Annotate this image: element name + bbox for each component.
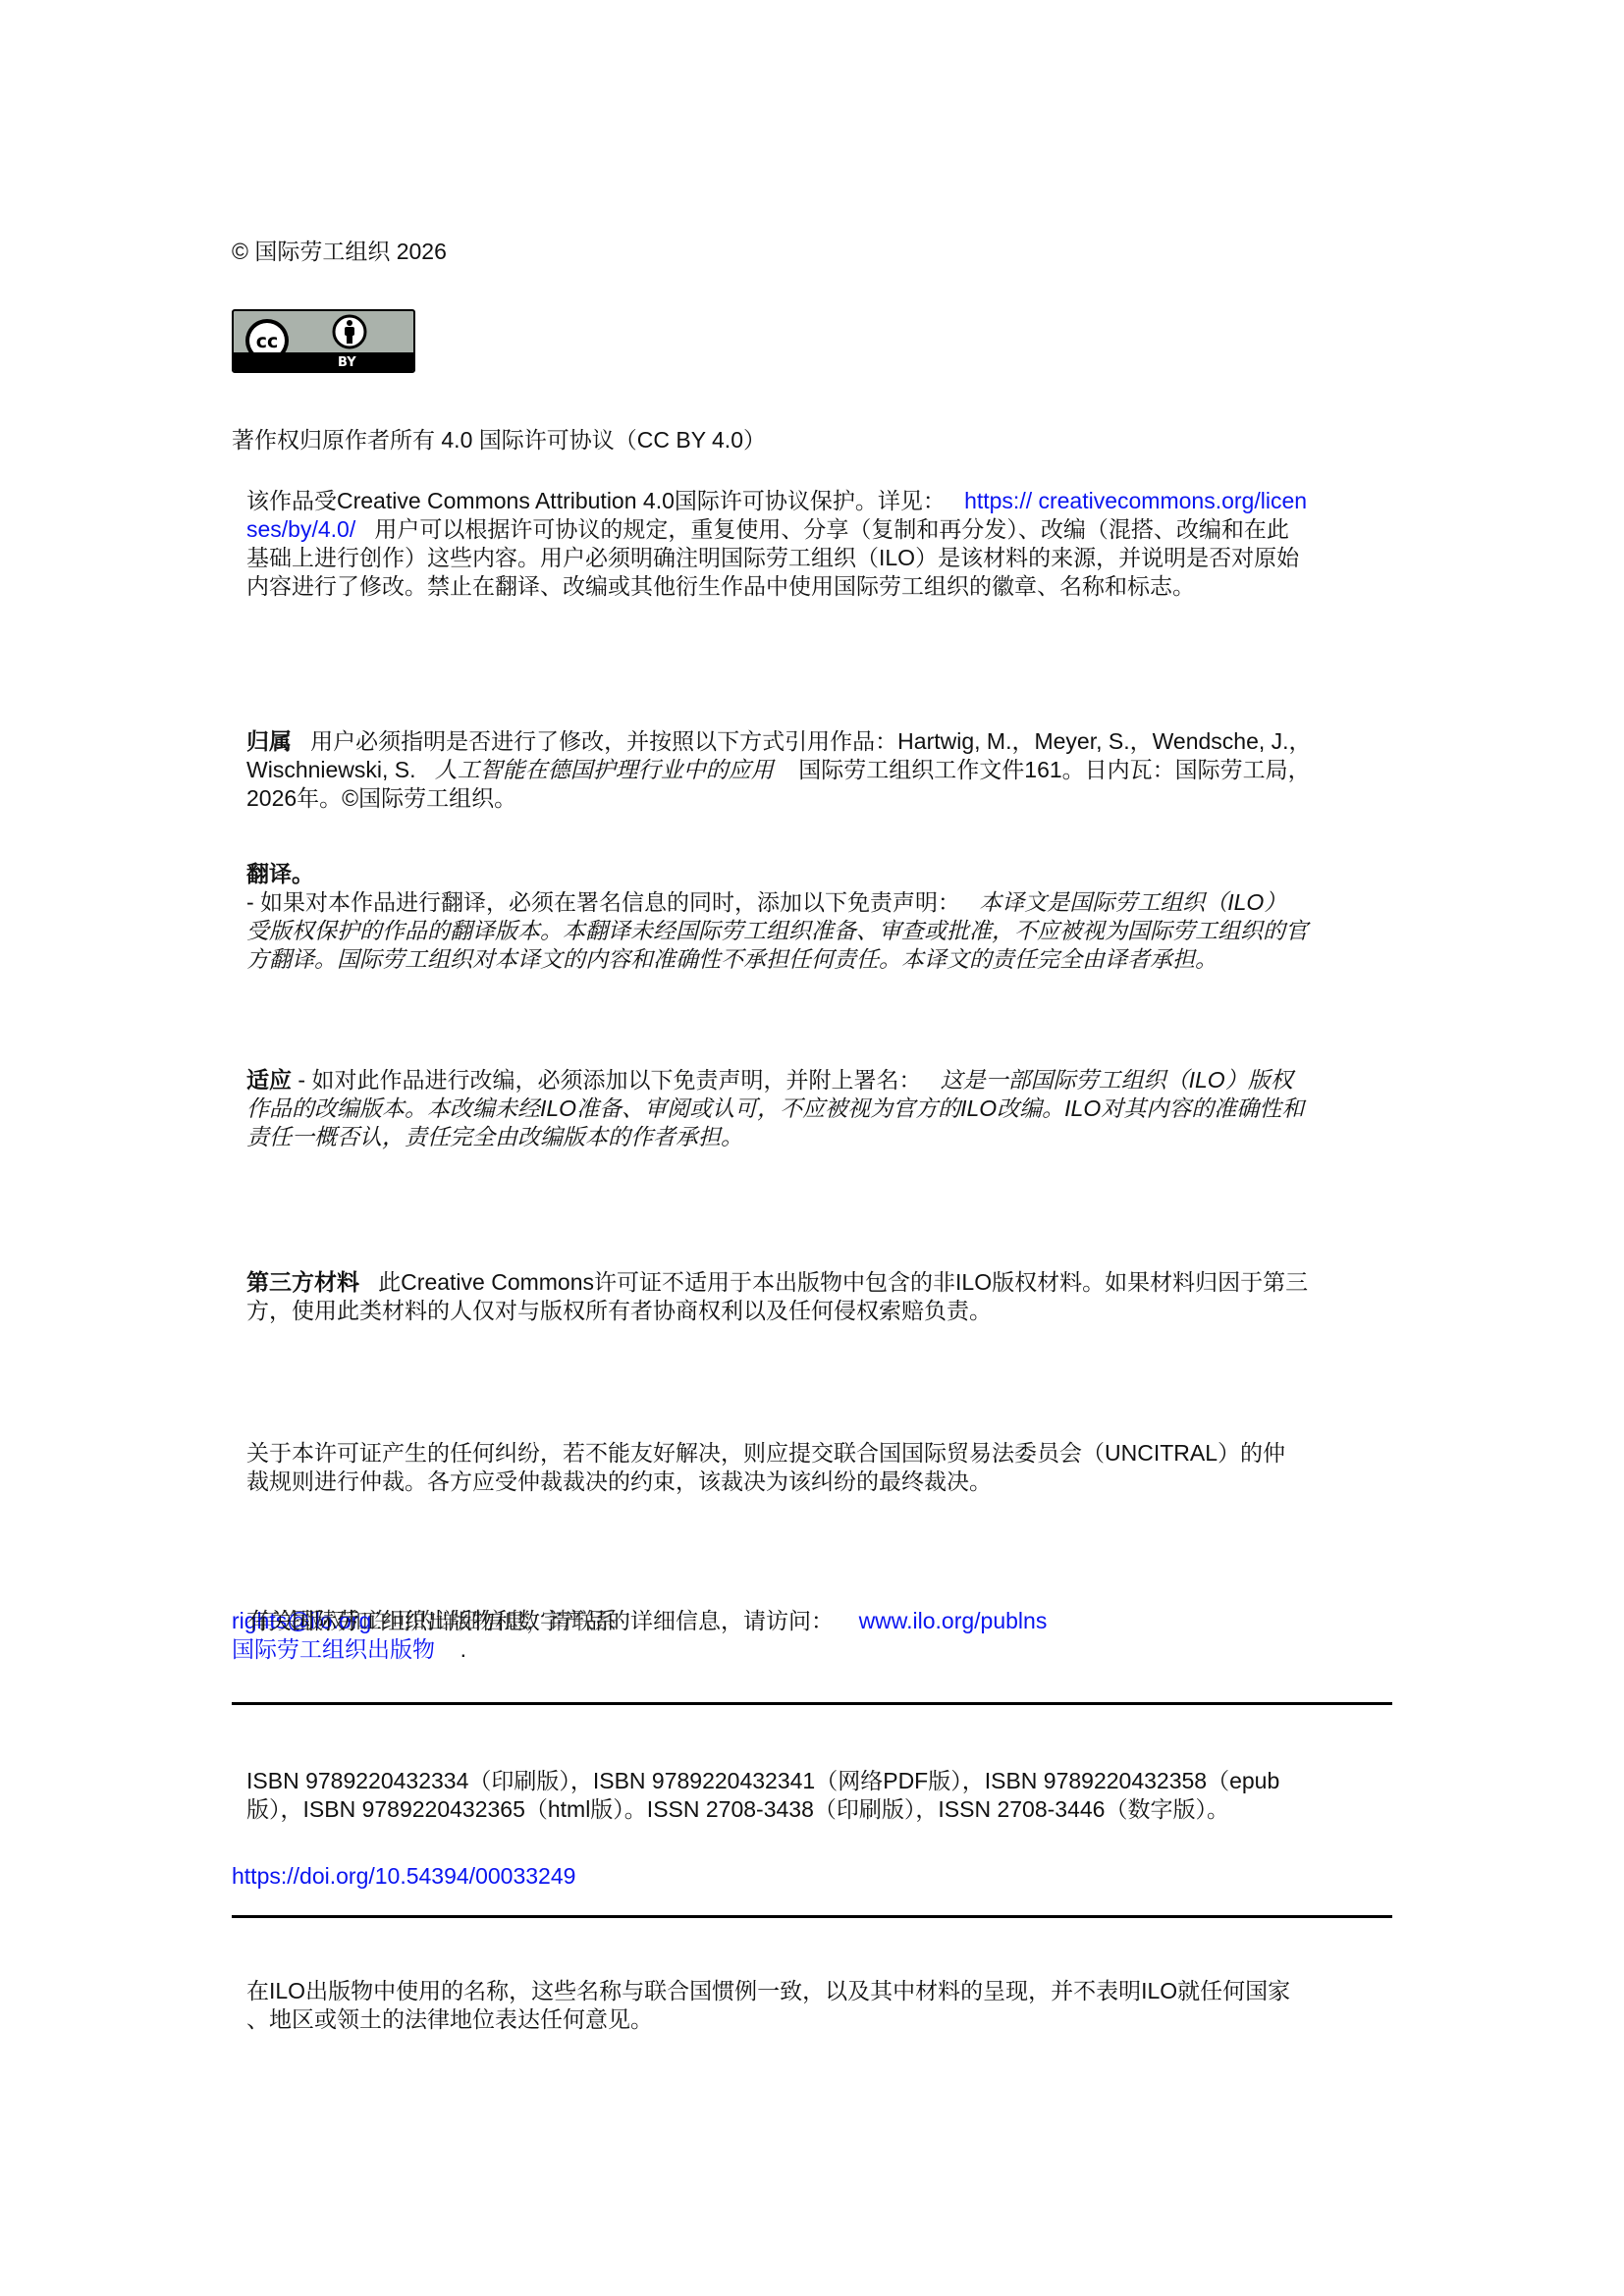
license-link-part2[interactable]: ses/by/4.0/ xyxy=(246,516,355,542)
license-paragraph: 该作品受Creative Commons Attribution 4.0国际许可… xyxy=(246,487,1410,601)
translations-disclaimer: 受版权保护的作品的翻译版本。本翻译未经国际劳工组织准备、审查或批准，不应被视为国… xyxy=(246,917,1410,945)
license-text: 该作品受Creative Commons Attribution 4.0国际许可… xyxy=(246,488,946,513)
third-party-text: 此Creative Commons许可证不适用于本出版物中包含的非ILO版权材料… xyxy=(378,1269,1308,1295)
license-text: 内容进行了修改。禁止在翻译、改编或其他衍生作品中使用国际劳工组织的徽章、名称和标… xyxy=(246,572,1410,601)
license-link-part1[interactable]: https:// creativecommons.org/licen xyxy=(964,488,1307,513)
disputes-section: 关于本许可证产生的任何纠纷，若不能友好解决，则应提交联合国国际贸易法委员会（UN… xyxy=(246,1439,1410,1496)
disclaimer-text: 在ILO出版物中使用的名称，这些名称与联合国惯例一致，以及其中材料的呈现，并不表… xyxy=(246,1977,1410,2005)
translations-disclaimer: 本译文是国际劳工组织（ILO） xyxy=(979,889,1286,915)
publications-line: 有关国际劳工组织出版物和数字产品的详细信息，请访问： www.ilo.org/p… xyxy=(246,1607,1047,1635)
ilo-publications-link[interactable]: 国际劳工组织出版物 xyxy=(232,1636,435,1662)
license-text: 用户可以根据许可协议的规定，重复使用、分享（复制和再分发）、改编（混搭、改编和在… xyxy=(374,516,1289,542)
disputes-text: 裁规则进行仲裁。各方应受仲裁裁决的约束，该裁决为该纠纷的最终裁决。 xyxy=(246,1468,1410,1496)
third-party-heading: 第三方材料 xyxy=(246,1269,359,1295)
disclaimer-text: 、地区或领土的法律地位表达任何意见。 xyxy=(246,2005,1410,2034)
translations-section: 翻译。 - 如果对本作品进行翻译，必须在署名信息的同时，添加以下免责声明： 本译… xyxy=(246,860,1410,974)
publications-line-2: 国际劳工组织出版物 . xyxy=(232,1635,466,1664)
attribution-person-icon xyxy=(330,313,369,352)
adaptations-heading: 适应 xyxy=(246,1067,292,1093)
attribution-text: 用户必须指明是否进行了修改，并按照以下方式引用作品：Hartwig, M.，Me… xyxy=(310,728,1311,754)
adaptations-text: - 如对此作品进行改编，必须添加以下免责声明，并附上署名： xyxy=(298,1067,921,1093)
attribution-section: 归属 用户必须指明是否进行了修改，并按照以下方式引用作品：Hartwig, M.… xyxy=(246,727,1410,813)
divider-line xyxy=(232,1915,1392,1918)
translations-heading: 翻译。 xyxy=(246,860,1410,888)
attribution-text: 国际劳工组织工作文件161。日内瓦：国际劳工局， xyxy=(798,757,1310,782)
adaptations-section: 适应 - 如对此作品进行改编，必须添加以下免责声明，并附上署名： 这是一部国际劳… xyxy=(246,1066,1410,1151)
adaptations-disclaimer: 这是一部国际劳工组织（ILO）版权 xyxy=(941,1067,1293,1093)
attribution-work-title: 人工智能在德国护理行业中的应用 xyxy=(435,757,774,782)
translations-disclaimer: 方翻译。国际劳工组织对本译文的内容和准确性不承担任何责任。本译文的责任完全由译者… xyxy=(246,945,1410,974)
translations-text: - 如果对本作品进行翻译，必须在署名信息的同时，添加以下免责声明： xyxy=(246,889,960,915)
adaptations-disclaimer: 责任一概否认，责任完全由改编版本的作者承担。 xyxy=(246,1123,1410,1151)
publications-text: 有关国际劳工组织出版物和数字产品的详细信息，请访问： xyxy=(246,1608,834,1633)
identifiers-section: ISBN 9789220432334（印刷版），ISBN 97892204323… xyxy=(246,1767,1410,1824)
attribution-authors: Wischniewski, S. xyxy=(246,757,416,782)
copyright-line: © 国际劳工组织 2026 xyxy=(232,238,447,266)
cc-by-license-badge[interactable]: cc BY xyxy=(232,309,415,373)
disclaimer-section: 在ILO出版物中使用的名称，这些名称与联合国惯例一致，以及其中材料的呈现，并不表… xyxy=(246,1977,1410,2034)
isbn-text: 版），ISBN 9789220432365（html版）。ISSN 2708-3… xyxy=(246,1795,1410,1824)
isbn-text: ISBN 9789220432334（印刷版），ISBN 97892204323… xyxy=(246,1767,1410,1795)
attribution-heading: 归属 xyxy=(246,728,292,754)
adaptations-disclaimer: 作品的改编版本。本改编未经ILO准备、审阅或认可，不应被视为官方的ILO改编。I… xyxy=(246,1095,1410,1123)
doi-link[interactable]: https://doi.org/10.54394/00033249 xyxy=(232,1862,575,1891)
divider-line xyxy=(232,1702,1392,1705)
license-text: 基础上进行创作）这些内容。用户必须明确注明国际劳工组织（ILO）是该材料的来源，… xyxy=(246,544,1410,572)
svg-text:cc: cc xyxy=(256,331,279,352)
disputes-text: 关于本许可证产生的任何纠纷，若不能友好解决，则应提交联合国国际贸易法委员会（UN… xyxy=(246,1439,1410,1468)
license-title: 著作权归原作者所有 4.0 国际许可协议（CC BY 4.0） xyxy=(232,426,766,454)
third-party-section: 第三方材料 此Creative Commons许可证不适用于本出版物中包含的非I… xyxy=(246,1268,1410,1325)
third-party-text: 方，使用此类材料的人仅对与版权所有者协商权利以及任何侵权索赔负责。 xyxy=(246,1297,1410,1325)
badge-band xyxy=(234,352,413,371)
badge-by-label: BY xyxy=(338,355,356,370)
publications-period: . xyxy=(460,1636,466,1662)
publications-link[interactable]: www.ilo.org/publns xyxy=(859,1608,1048,1633)
attribution-text: 2026年。©国际劳工组织。 xyxy=(246,784,1410,813)
